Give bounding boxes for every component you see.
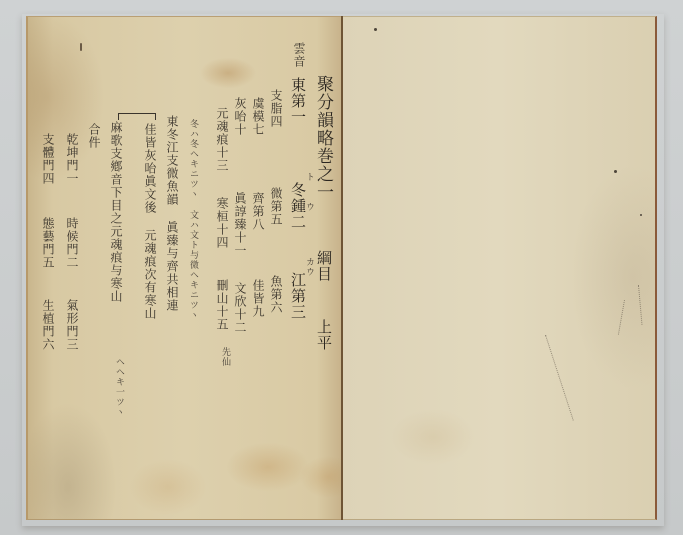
ink-mark <box>80 43 82 51</box>
category-2: 時候門二 <box>66 217 78 269</box>
category-heading: 合件 <box>88 123 100 149</box>
left-page: 聚分韻略巻之一 綱目 上平 雲音 東第一 冬鍾二 江第三 ト ウ カウ 支脂四 … <box>26 16 342 520</box>
furigana-3: カウ <box>304 257 313 277</box>
rhyme-12: 文欣十二 <box>234 282 246 334</box>
book-title: 聚分韻略巻之一 <box>314 75 331 201</box>
note-column-3: 麻歌支鄕音下目之元魂痕与寒山 <box>110 121 122 303</box>
rhyme-16: 先仙 <box>220 347 229 367</box>
section-label: 上平 <box>316 319 331 351</box>
category-6: 生植門六 <box>42 299 54 351</box>
category-4: 支體門四 <box>42 133 54 185</box>
note-column-2: 佳皆灰咍眞文後 元魂痕次有寒山 <box>144 123 156 320</box>
category-1: 乾坤門一 <box>66 133 78 185</box>
rhyme-3: 江第三 <box>290 272 305 320</box>
rhyme-9: 佳皆九 <box>252 279 264 318</box>
note-annotation-2: ヘヘキ一ツヽ <box>114 357 123 417</box>
note-column-1: 東冬江支微魚韻 眞臻与齊共相連 <box>166 115 178 312</box>
category-3: 氣形門三 <box>66 299 78 351</box>
rhyme-8: 齊第八 <box>252 192 264 231</box>
ink-spot <box>374 28 377 31</box>
rhyme-10: 灰咍十 <box>234 97 246 136</box>
rhyme-2: 冬鍾二 <box>290 182 305 230</box>
rhyme-11: 眞諄臻十一 <box>234 192 246 257</box>
right-page <box>343 16 657 520</box>
rhyme-4: 支脂四 <box>270 89 282 128</box>
subtitle: 綱目 <box>316 250 331 282</box>
note-annotation-1: 冬ハ冬ヘキニツヽ 文ハ文ト与微ヘキニツヽ <box>188 119 197 359</box>
ink-spot <box>640 214 642 216</box>
bracket <box>118 113 156 120</box>
ink-spot <box>614 170 617 173</box>
furigana-2: ウ <box>304 202 313 212</box>
rhyme-6: 魚第六 <box>270 275 282 314</box>
rhyme-5: 微第五 <box>270 187 282 226</box>
rhyme-14: 寒桓十四 <box>216 197 228 249</box>
rhyme-13: 元魂痕十三 <box>216 107 228 172</box>
rhyme-label: 雲音 <box>293 42 305 68</box>
rhyme-7: 虞模七 <box>252 97 264 136</box>
furigana-1: ト <box>304 172 313 182</box>
category-5: 態藝門五 <box>42 217 54 269</box>
rhyme-1: 東第一 <box>290 77 305 125</box>
rhyme-15: 刪山十五 <box>216 279 228 331</box>
